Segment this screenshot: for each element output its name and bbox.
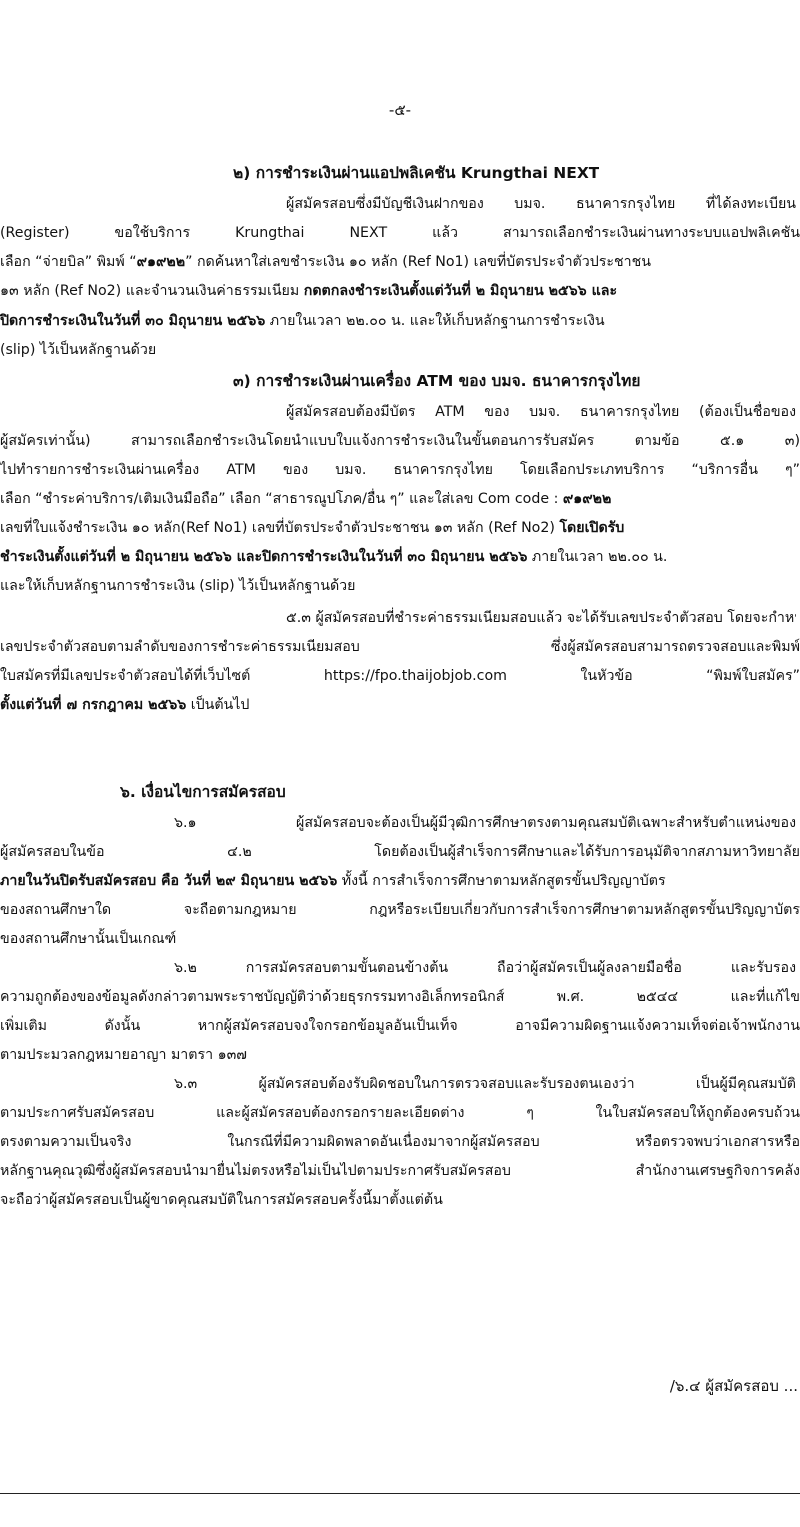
section-5-3-line-3-text: ใบสมัครที่มีเลขประจำตัวสอบได้ที่เว็บไซต์… [0,668,800,684]
section-3-line-5: เลขที่ใบแจ้งชำระเงิน ๑๐ หลัก(Ref No1) เล… [0,517,800,539]
section-6-3-line-1: ๖.๓ ผู้สมัครสอบต้องรับผิดชอบในการตรวจสอบ… [174,1073,796,1095]
section-2-line-1: ผู้สมัครสอบซึ่งมีบัญชีเงินฝากของ บมจ. ธน… [286,193,796,215]
section-2-line-5: ปิดการชำระเงินในวันที่ ๓๐ มิถุนายน ๒๕๖๖ … [0,310,800,332]
section-2-line-2: (Register) ขอใช้บริการ Krungthai NEXT แล… [0,222,800,244]
section-6-3-line-2: ตามประกาศรับสมัครสอบ และผู้สมัครสอบต้องก… [0,1102,800,1124]
section-6-1-line-3: ภายในวันปิดรับสมัครสอบ คือ วันที่ ๒๙ มิถ… [0,870,800,892]
section-3-line-7: และให้เก็บหลักฐานการชำระเงิน (slip) ไว้เ… [0,575,800,597]
section-2-line-6: (slip) ไว้เป็นหลักฐานด้วย [0,339,800,361]
continuation-marker: /๖.๔ ผู้สมัครสอบ ... [670,1375,798,1397]
page-number: -๕- [0,100,800,120]
section-5-3-line-1: ๕.๓ ผู้สมัครสอบที่ชำระค่าธรรมเนียมสอบแล้… [286,607,796,629]
section-6-2-line-1: ๖.๒ การสมัครสอบตามขั้นตอนข้างต้น ถือว่าผ… [174,957,796,979]
section-6-1-line-5: ของสถานศึกษานั้นเป็นเกณฑ์ [0,928,800,950]
section-3-heading: ๓) การชำระเงินผ่านเครื่อง ATM ของ บมจ. ธ… [233,370,640,392]
bill-code: ๙๑๙๒๒ [137,254,186,270]
section-6-1-line-2: ผู้สมัครสอบในข้อ ๔.๒ โดยต้องเป็นผู้สำเร็… [0,841,800,863]
section-6-3-line-5: จะถือว่าผู้สมัครสอบเป็นผู้ขาดคุณสมบัติใน… [0,1189,800,1211]
section-6-2-line-3: เพิ่มเติม ดังนั้น หากผู้สมัครสอบจงใจกรอก… [0,1015,800,1037]
section-2-heading: ๒) การชำระเงินผ่านแอปพลิเคชัน Krungthai … [233,162,599,184]
section-6-2-line-4: ตามประมวลกฎหมายอาญา มาตรา ๑๓๗ [0,1044,800,1066]
section-5-3-line-4: ตั้งแต่วันที่ ๗ กรกฎาคม ๒๕๖๖ เป็นต้นไป [0,694,800,716]
section-3-line-2: ผู้สมัครเท่านั้น) สามารถเลือกชำระเงินโดย… [0,430,800,452]
section-3-line-6: ชำระเงินตั้งแต่วันที่ ๒ มิถุนายน ๒๕๖๖ แล… [0,546,800,568]
section-6-1-line-1: ๖.๑ ผู้สมัครสอบจะต้องเป็นผู้มีวุฒิการศึก… [174,812,796,834]
com-code: ๙๑๙๒๒ [563,491,612,507]
section-3-line-3: ไปทำรายการชำระเงินผ่านเครื่อง ATM ของ บม… [0,459,800,481]
section-5-3-line-2: เลขประจำตัวสอบตามลำดับของการชำระค่าธรรมเ… [0,636,800,658]
section-6-2-line-2: ความถูกต้องของข้อมูลดังกล่าวตามพระราชบัญ… [0,986,800,1008]
section-2-line-3: เลือก “จ่ายบิล” พิมพ์ “๙๑๙๒๒” กดค้นหาใส่… [0,251,800,273]
section-2-line-4: ๑๓ หลัก (Ref No2) และจำนวนเงินค่าธรรมเนี… [0,280,800,302]
section-6-1-line-4: ของสถานศึกษาใด จะถือตามกฎหมาย กฎหรือระเบ… [0,899,800,921]
document-page: -๕- ๒) การชำระเงินผ่านแอปพลิเคชัน Krungt… [0,0,800,1527]
section-6-3-line-3: ตรงตามความเป็นจริง ในกรณีที่มีความผิดพลา… [0,1131,800,1153]
footer-divider [0,1493,800,1494]
section-5-3-line-3: ใบสมัครที่มีเลขประจำตัวสอบได้ที่เว็บไซต์… [0,665,800,687]
section-3-line-1: ผู้สมัครสอบต้องมีบัตร ATM ของ บมจ. ธนาคา… [286,401,796,423]
section-6-heading: ๖. เงื่อนไขการสมัครสอบ [120,781,286,803]
section-3-line-4: เลือก “ชำระค่าบริการ/เติมเงินมือถือ” เลื… [0,488,800,510]
section-6-3-line-4: หลักฐานคุณวุฒิซึ่งผู้สมัครสอบนำมายื่นไม่… [0,1160,800,1182]
